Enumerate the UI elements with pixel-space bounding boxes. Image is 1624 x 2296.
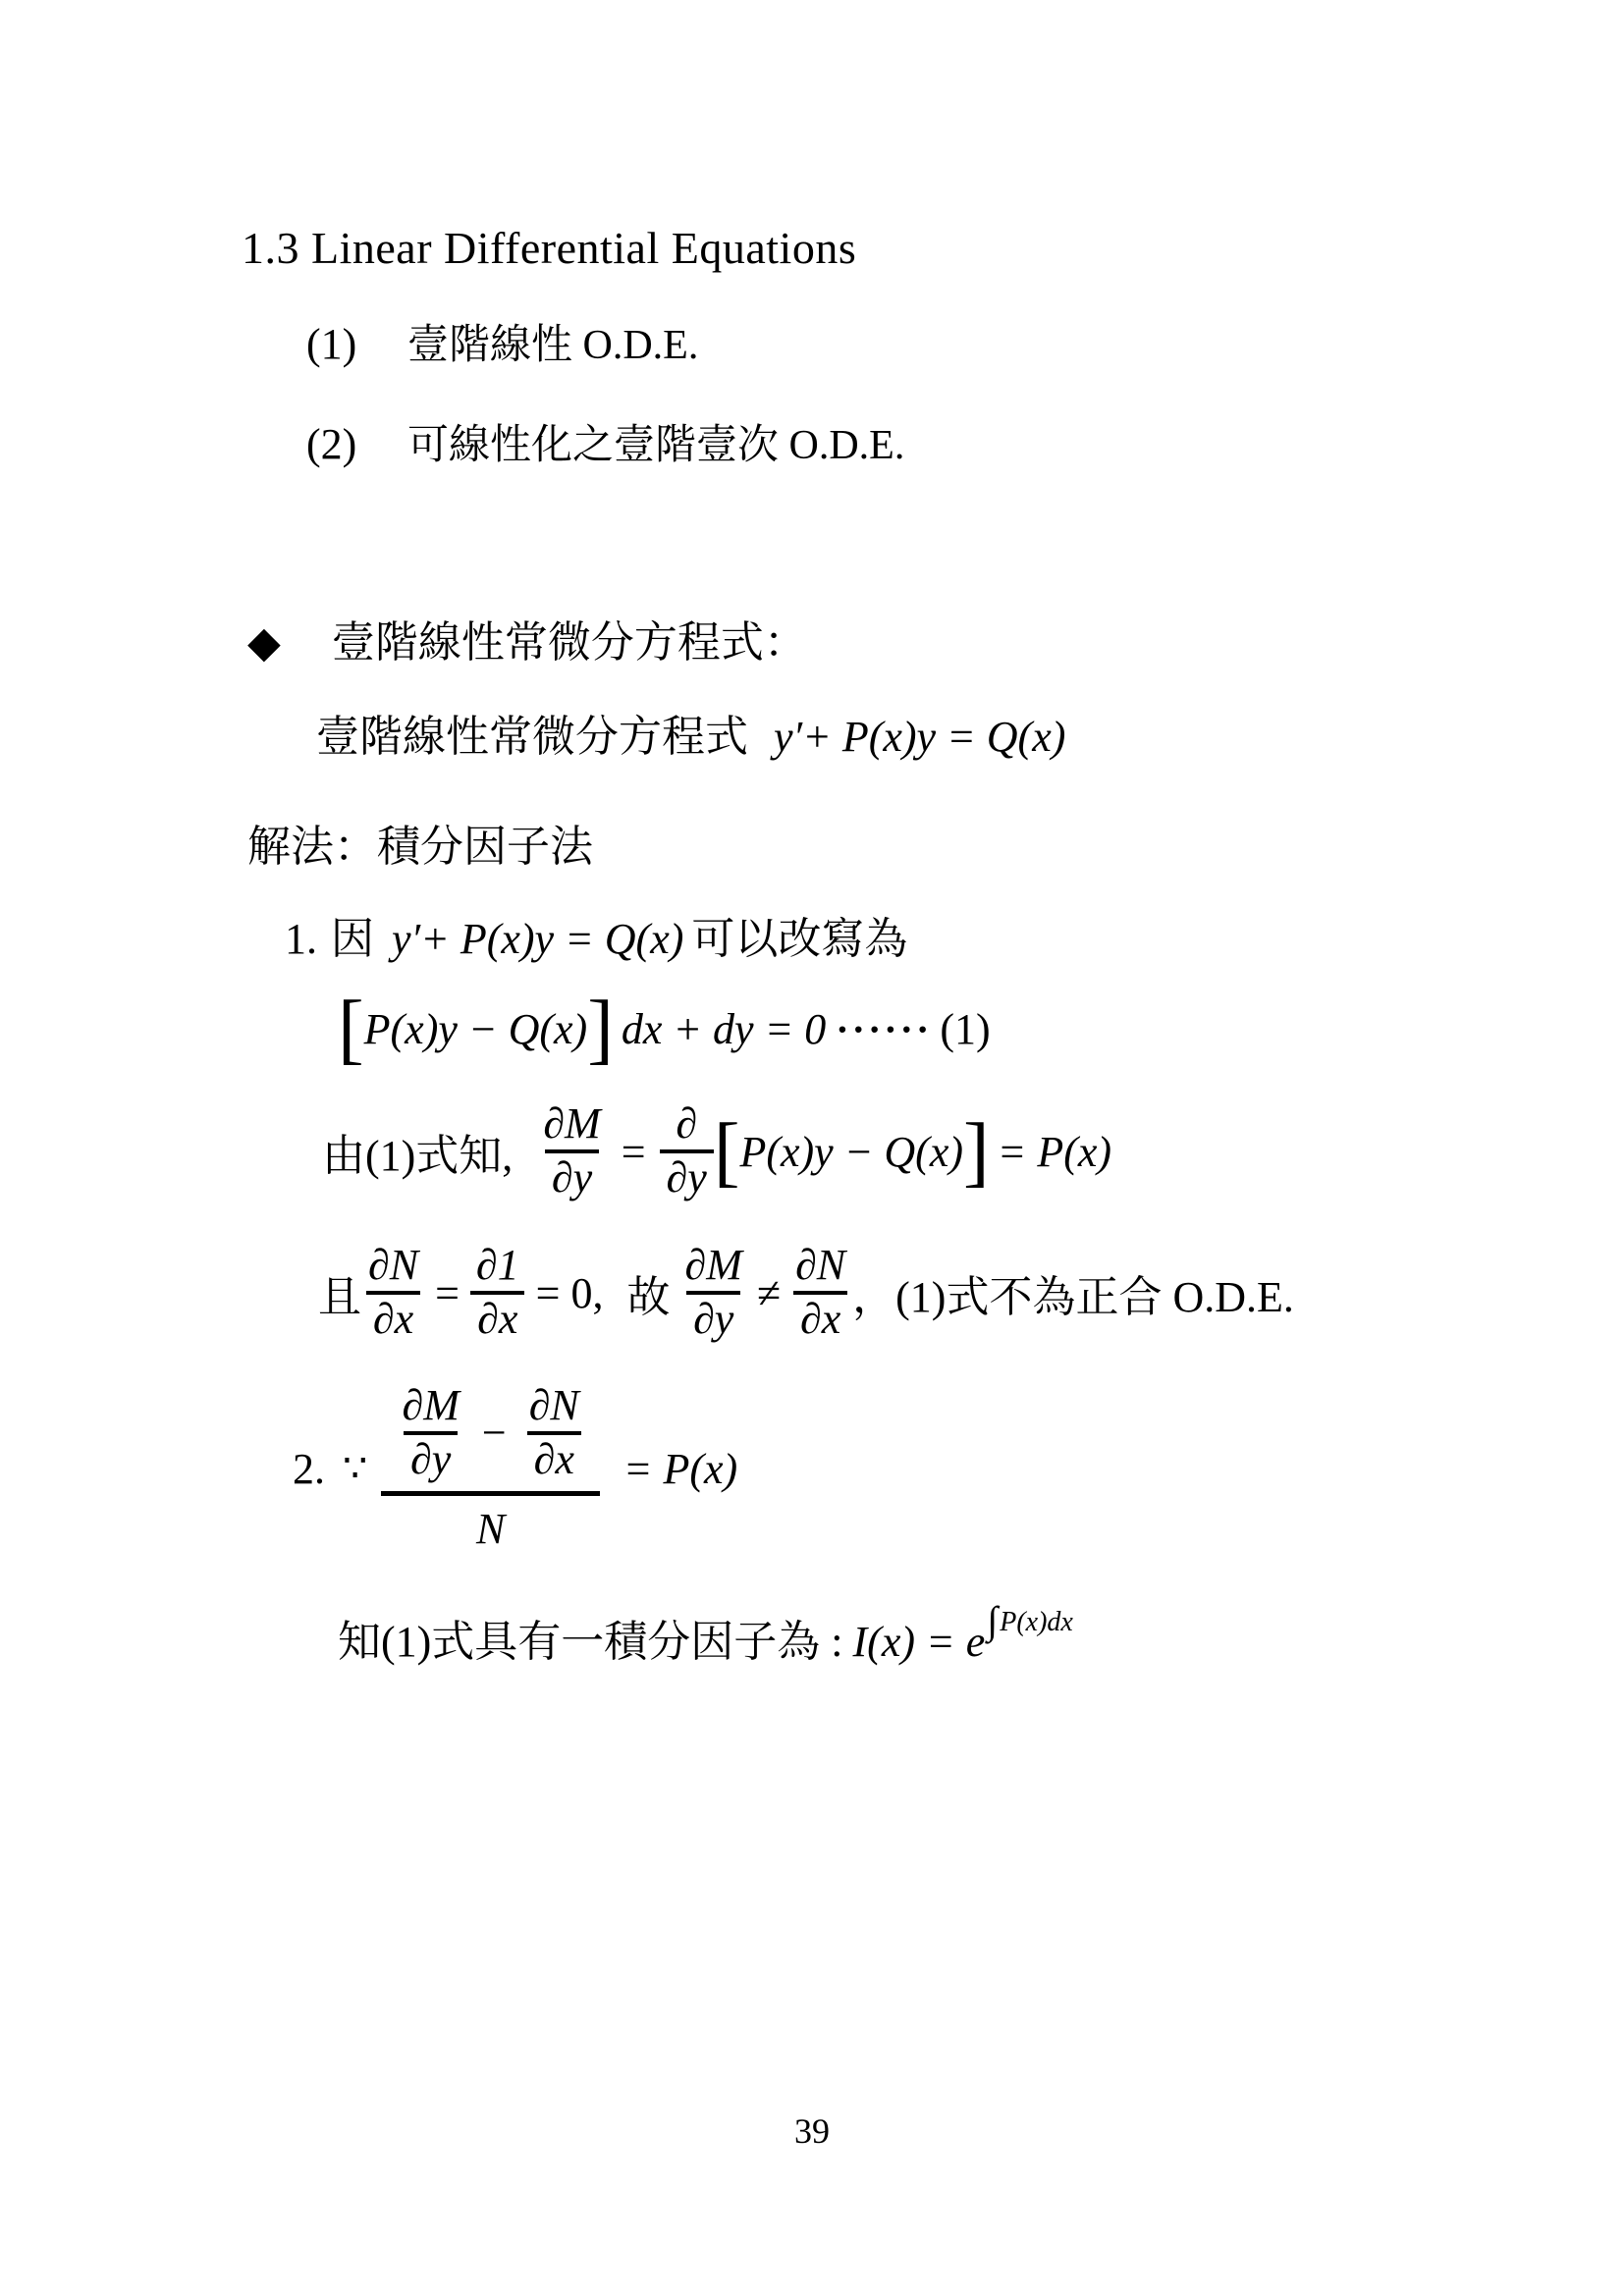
list-item-1-marker: (1) bbox=[306, 319, 407, 369]
list-item-1: (1)壹階線性 O.D.E. bbox=[306, 312, 698, 371]
big-fraction-denominator: N bbox=[381, 1491, 599, 1554]
fraction-denominator: ∂x bbox=[366, 1291, 420, 1343]
fraction-dM-dy: ∂M ∂y bbox=[395, 1383, 465, 1483]
list-item-2-text: 可線性化之壹階壹次 O.D.E. bbox=[407, 423, 904, 468]
big-fraction-numerator: ∂M ∂y − ∂N ∂x bbox=[381, 1383, 599, 1492]
step1-equation: y′+ P(x)y = Q(x) bbox=[392, 915, 683, 963]
definition-line: 壹階線性常微分方程式y′+ P(x)y = Q(x) bbox=[316, 701, 1065, 764]
fraction-numerator: ∂N bbox=[788, 1243, 852, 1291]
partial-m-lead: 由(1)式知, bbox=[322, 1120, 513, 1183]
minus-sign: − bbox=[482, 1408, 507, 1458]
exponent: ∫P(x)dx bbox=[987, 1594, 1073, 1640]
equation-1: [ P(x)y − Q(x) ] dx + dy = 0 ······ (1) bbox=[338, 986, 991, 1072]
conclusion-line: 知(1)式具有一積分因子為 :I(x) = e∫P(x)dx bbox=[338, 1606, 1073, 1669]
page-number: 39 bbox=[0, 2110, 1624, 2152]
equals-zero: = 0, bbox=[536, 1268, 604, 1318]
fraction-d1-dx: ∂1 ∂x bbox=[469, 1243, 526, 1343]
step2-line: 2. ∵ ∂M ∂y − ∂N ∂x N = P(x) bbox=[293, 1370, 737, 1567]
therefore-text: 故 bbox=[627, 1261, 671, 1324]
bullet-heading: ◆壹階線性常微分方程式： bbox=[247, 607, 807, 669]
not-exact-text: ，(1)式不為正合 O.D.E. bbox=[852, 1261, 1294, 1324]
fraction-d-dy: ∂ ∂y bbox=[660, 1101, 714, 1201]
fraction-denominator: ∂x bbox=[470, 1291, 524, 1343]
partial-n-lead: 且 bbox=[318, 1261, 361, 1324]
fraction-numerator: ∂M bbox=[678, 1243, 749, 1291]
equation-1-tail: dx + dy = 0 bbox=[622, 1004, 826, 1054]
equation-1-body: P(x)y − Q(x) bbox=[364, 1004, 588, 1054]
fraction-dN-dx: ∂N ∂x bbox=[522, 1383, 586, 1483]
equation-1-ref: (1) bbox=[940, 1004, 990, 1054]
fraction-dN-dx: ∂N ∂x bbox=[788, 1243, 852, 1343]
step1-tail: 可以改寫為 bbox=[691, 915, 907, 963]
integral-icon: ∫ bbox=[987, 1598, 998, 1642]
fraction-denominator: ∂x bbox=[527, 1431, 581, 1483]
equals-p-x: = P(x) bbox=[623, 1444, 737, 1494]
fraction-denominator: ∂y bbox=[404, 1431, 458, 1483]
list-item-2: (2)可線性化之壹階壹次 O.D.E. bbox=[306, 412, 904, 471]
fraction-dM-dy: ∂M ∂y bbox=[536, 1101, 607, 1201]
fraction-dM-dy: ∂M ∂y bbox=[678, 1243, 749, 1343]
bracket-body: P(x)y − Q(x) bbox=[739, 1127, 963, 1177]
bullet-heading-text: 壹階線性常微分方程式： bbox=[332, 618, 807, 667]
integrating-factor-equation: I(x) = e bbox=[853, 1618, 986, 1666]
step1-marker: 1. bbox=[285, 915, 317, 963]
fraction-numerator: ∂M bbox=[395, 1383, 465, 1431]
step2-marker: 2. bbox=[293, 1444, 325, 1494]
diamond-bullet-icon: ◆ bbox=[247, 617, 281, 667]
left-bracket: [ bbox=[338, 993, 364, 1064]
right-bracket: ] bbox=[963, 1116, 990, 1187]
section-title: 1.3 Linear Differential Equations bbox=[242, 222, 856, 274]
partial-m-line: 由(1)式知, ∂M ∂y = ∂ ∂y [ P(x)y − Q(x) ] = … bbox=[322, 1097, 1111, 1205]
fraction-denominator: ∂y bbox=[545, 1149, 599, 1201]
exponent-body: P(x)dx bbox=[1000, 1607, 1073, 1637]
fraction-numerator: ∂1 bbox=[469, 1243, 526, 1291]
not-equal-sign: ≠ bbox=[757, 1268, 781, 1318]
fraction-dN-dx: ∂N ∂x bbox=[361, 1243, 425, 1343]
method-label: 解法：積分因子法 bbox=[247, 811, 593, 874]
document-page: 1.3 Linear Differential Equations (1)壹階線… bbox=[0, 0, 1624, 2296]
list-item-1-text: 壹階線性 O.D.E. bbox=[407, 323, 698, 368]
equals-p-x: = P(x) bbox=[998, 1127, 1111, 1177]
fraction-denominator: ∂y bbox=[686, 1291, 740, 1343]
partial-n-line: 且 ∂N ∂x = ∂1 ∂x = 0, 故 ∂M ∂y ≠ ∂N ∂x ，(1… bbox=[318, 1239, 1294, 1347]
fraction-numerator: ∂N bbox=[522, 1383, 586, 1431]
fraction-denominator: ∂y bbox=[660, 1149, 714, 1201]
fraction-numerator: ∂ bbox=[669, 1101, 704, 1149]
definition-equation: y′+ P(x)y = Q(x) bbox=[774, 713, 1065, 761]
big-fraction: ∂M ∂y − ∂N ∂x N bbox=[381, 1383, 599, 1555]
definition-text: 壹階線性常微分方程式 bbox=[316, 713, 748, 761]
fraction-denominator: ∂x bbox=[793, 1291, 847, 1343]
equals-sign: = bbox=[435, 1268, 460, 1318]
fraction-numerator: ∂N bbox=[361, 1243, 425, 1291]
ellipsis-dots: ······ bbox=[836, 1006, 932, 1052]
left-bracket: [ bbox=[714, 1116, 740, 1187]
step1-lead: 因 bbox=[331, 915, 374, 963]
right-bracket: ] bbox=[587, 993, 614, 1064]
because-symbol: ∵ bbox=[343, 1446, 367, 1491]
step1-line: 1.因y′+ P(x)y = Q(x)可以改寫為 bbox=[285, 903, 907, 966]
list-item-2-marker: (2) bbox=[306, 419, 407, 469]
fraction-numerator: ∂M bbox=[536, 1101, 607, 1149]
conclusion-lead: 知(1)式具有一積分因子為 : bbox=[338, 1618, 843, 1666]
equals-sign: = bbox=[622, 1127, 646, 1177]
